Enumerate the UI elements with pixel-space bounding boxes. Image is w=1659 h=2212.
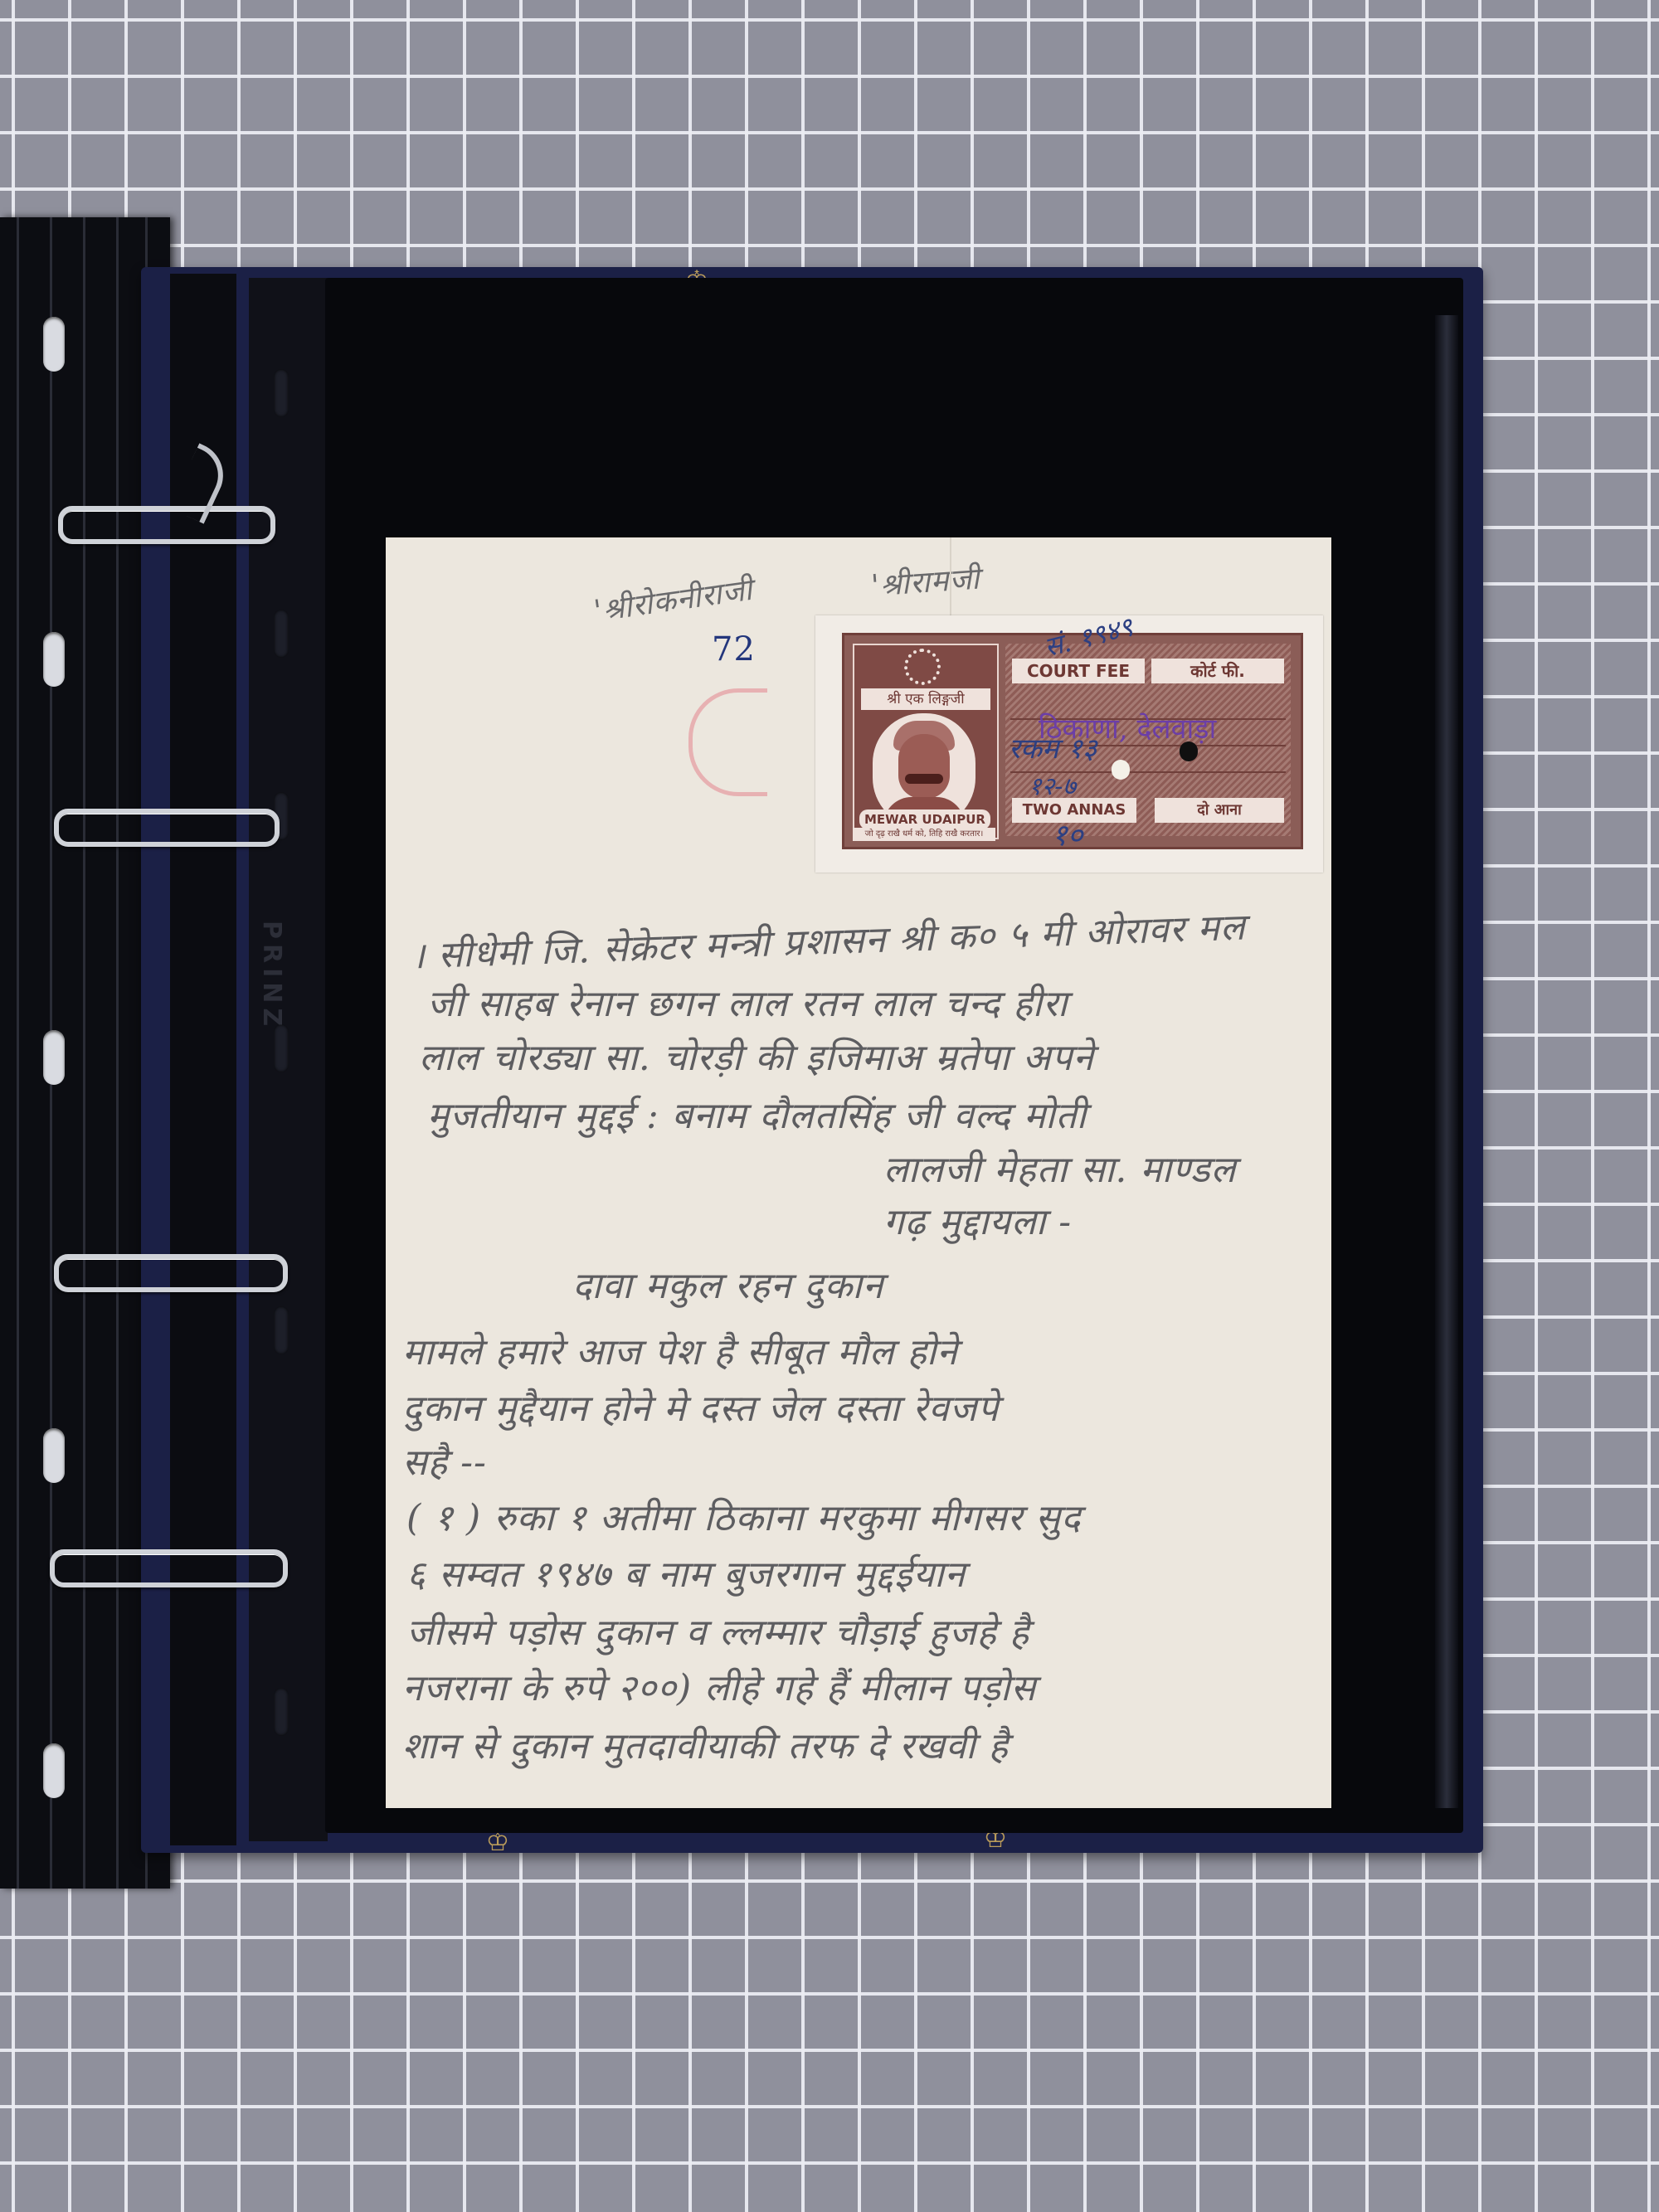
folio-number: 72 (712, 630, 756, 668)
binder-brand-label: PRINZ (257, 921, 286, 1031)
sleeve-edge (1435, 315, 1458, 1808)
punch-hole (43, 1428, 65, 1483)
sleeve-hole (274, 369, 289, 417)
ink-cancel-date: १२-७ (1029, 768, 1076, 802)
stamp-type-hindi: कोर्ट फी. (1151, 659, 1284, 683)
body-line: जीसमे पड़ोस दुकान व ल्लम्मार चौड़ाई हुजह… (406, 1606, 1029, 1655)
body-line: दुकान मुद्दैयान होने मे दस्त जेल दस्ता र… (402, 1382, 999, 1432)
stamp-issuer-hindi: श्री एक लिङ्गजी (861, 688, 990, 710)
stamp-type-english: COURT FEE (1012, 659, 1145, 683)
body-line: सहै -- (402, 1436, 487, 1485)
punch-hole (1180, 741, 1198, 761)
body-line: मुजतीयान मुद्दई : बनाम दौलतसिंह जी वल्द … (427, 1089, 1087, 1139)
punch-hole (1112, 760, 1130, 780)
ink-cancel-middle: रकम १३ (1009, 728, 1097, 766)
page-edge (17, 217, 19, 1889)
face (898, 734, 950, 799)
binder-ring[interactable] (54, 809, 280, 847)
body-line: ( १ ) रुका १ अतीमा ठिकाना मरकुमा मीगसर स… (406, 1491, 1081, 1541)
body-line: ६ सम्वत १९४७ ब नाम बुजरगान मुद्दईयान (406, 1548, 966, 1597)
body-line: जी साहब रेनान छगन लाल रतन लाल चन्द हीरा (427, 977, 1068, 1027)
court-fee-stamp: श्री एक लिङ्गजी MEWAR UDAIPUR जो दृढ़ रा… (842, 633, 1303, 849)
ink-bottom-mark: १० (1052, 814, 1082, 854)
binder-ring[interactable] (50, 1549, 288, 1587)
sleeve-hole (274, 610, 289, 658)
body-line: शान से दुकान मुतदावीयाकी तरफ दे रखवी है (402, 1719, 1009, 1769)
body-line: लाल चोरड्या सा. चोरड़ी की इजिमाअ म्रतेपा… (419, 1031, 1094, 1081)
stamp-portrait-panel: श्री एक लिङ्गजी MEWAR UDAIPUR (853, 644, 999, 839)
page-edge (116, 217, 119, 1889)
body-line: दावा मकुल रहन दुकान (572, 1259, 883, 1309)
body-line: लालजी मेहता सा. माण्डल (883, 1143, 1236, 1193)
binder-ring[interactable] (58, 506, 275, 544)
sleeve-hole (274, 1024, 289, 1072)
name-annotation-left: 'श्रीरोकनीराजी (591, 568, 756, 630)
stamp-motto: जो दृढ़ राखै धर्म को, तिहि राखै करतार। (853, 828, 995, 841)
binder-ring[interactable] (54, 1254, 288, 1292)
name-annotation-right: 'श्रीरामजी (869, 557, 980, 605)
stamp-issuer-label: MEWAR UDAIPUR (859, 809, 990, 829)
punch-hole (43, 1030, 65, 1085)
body-line: मामले हमारे आज पेश है सीबूत मौल होने (402, 1325, 958, 1375)
sleeve-hole (274, 1306, 289, 1354)
sleeve-hole (274, 1688, 289, 1736)
body-line: गढ़ मुद्दायला - (883, 1195, 1072, 1245)
punch-hole (43, 1743, 65, 1798)
moustache (905, 774, 943, 784)
punch-hole (43, 317, 65, 372)
page-edge (83, 217, 85, 1889)
sun-emblem-icon (904, 649, 941, 685)
body-line: । सीधेमी जि. सेक्रेटर मन्त्री प्रशासन श्… (410, 900, 1246, 979)
body-line: नजराना के रुपे २००) लीहे गहे हैं मीलान प… (402, 1661, 1036, 1711)
punch-hole (43, 632, 65, 687)
stamp-value-hindi: दो आना (1155, 798, 1284, 823)
